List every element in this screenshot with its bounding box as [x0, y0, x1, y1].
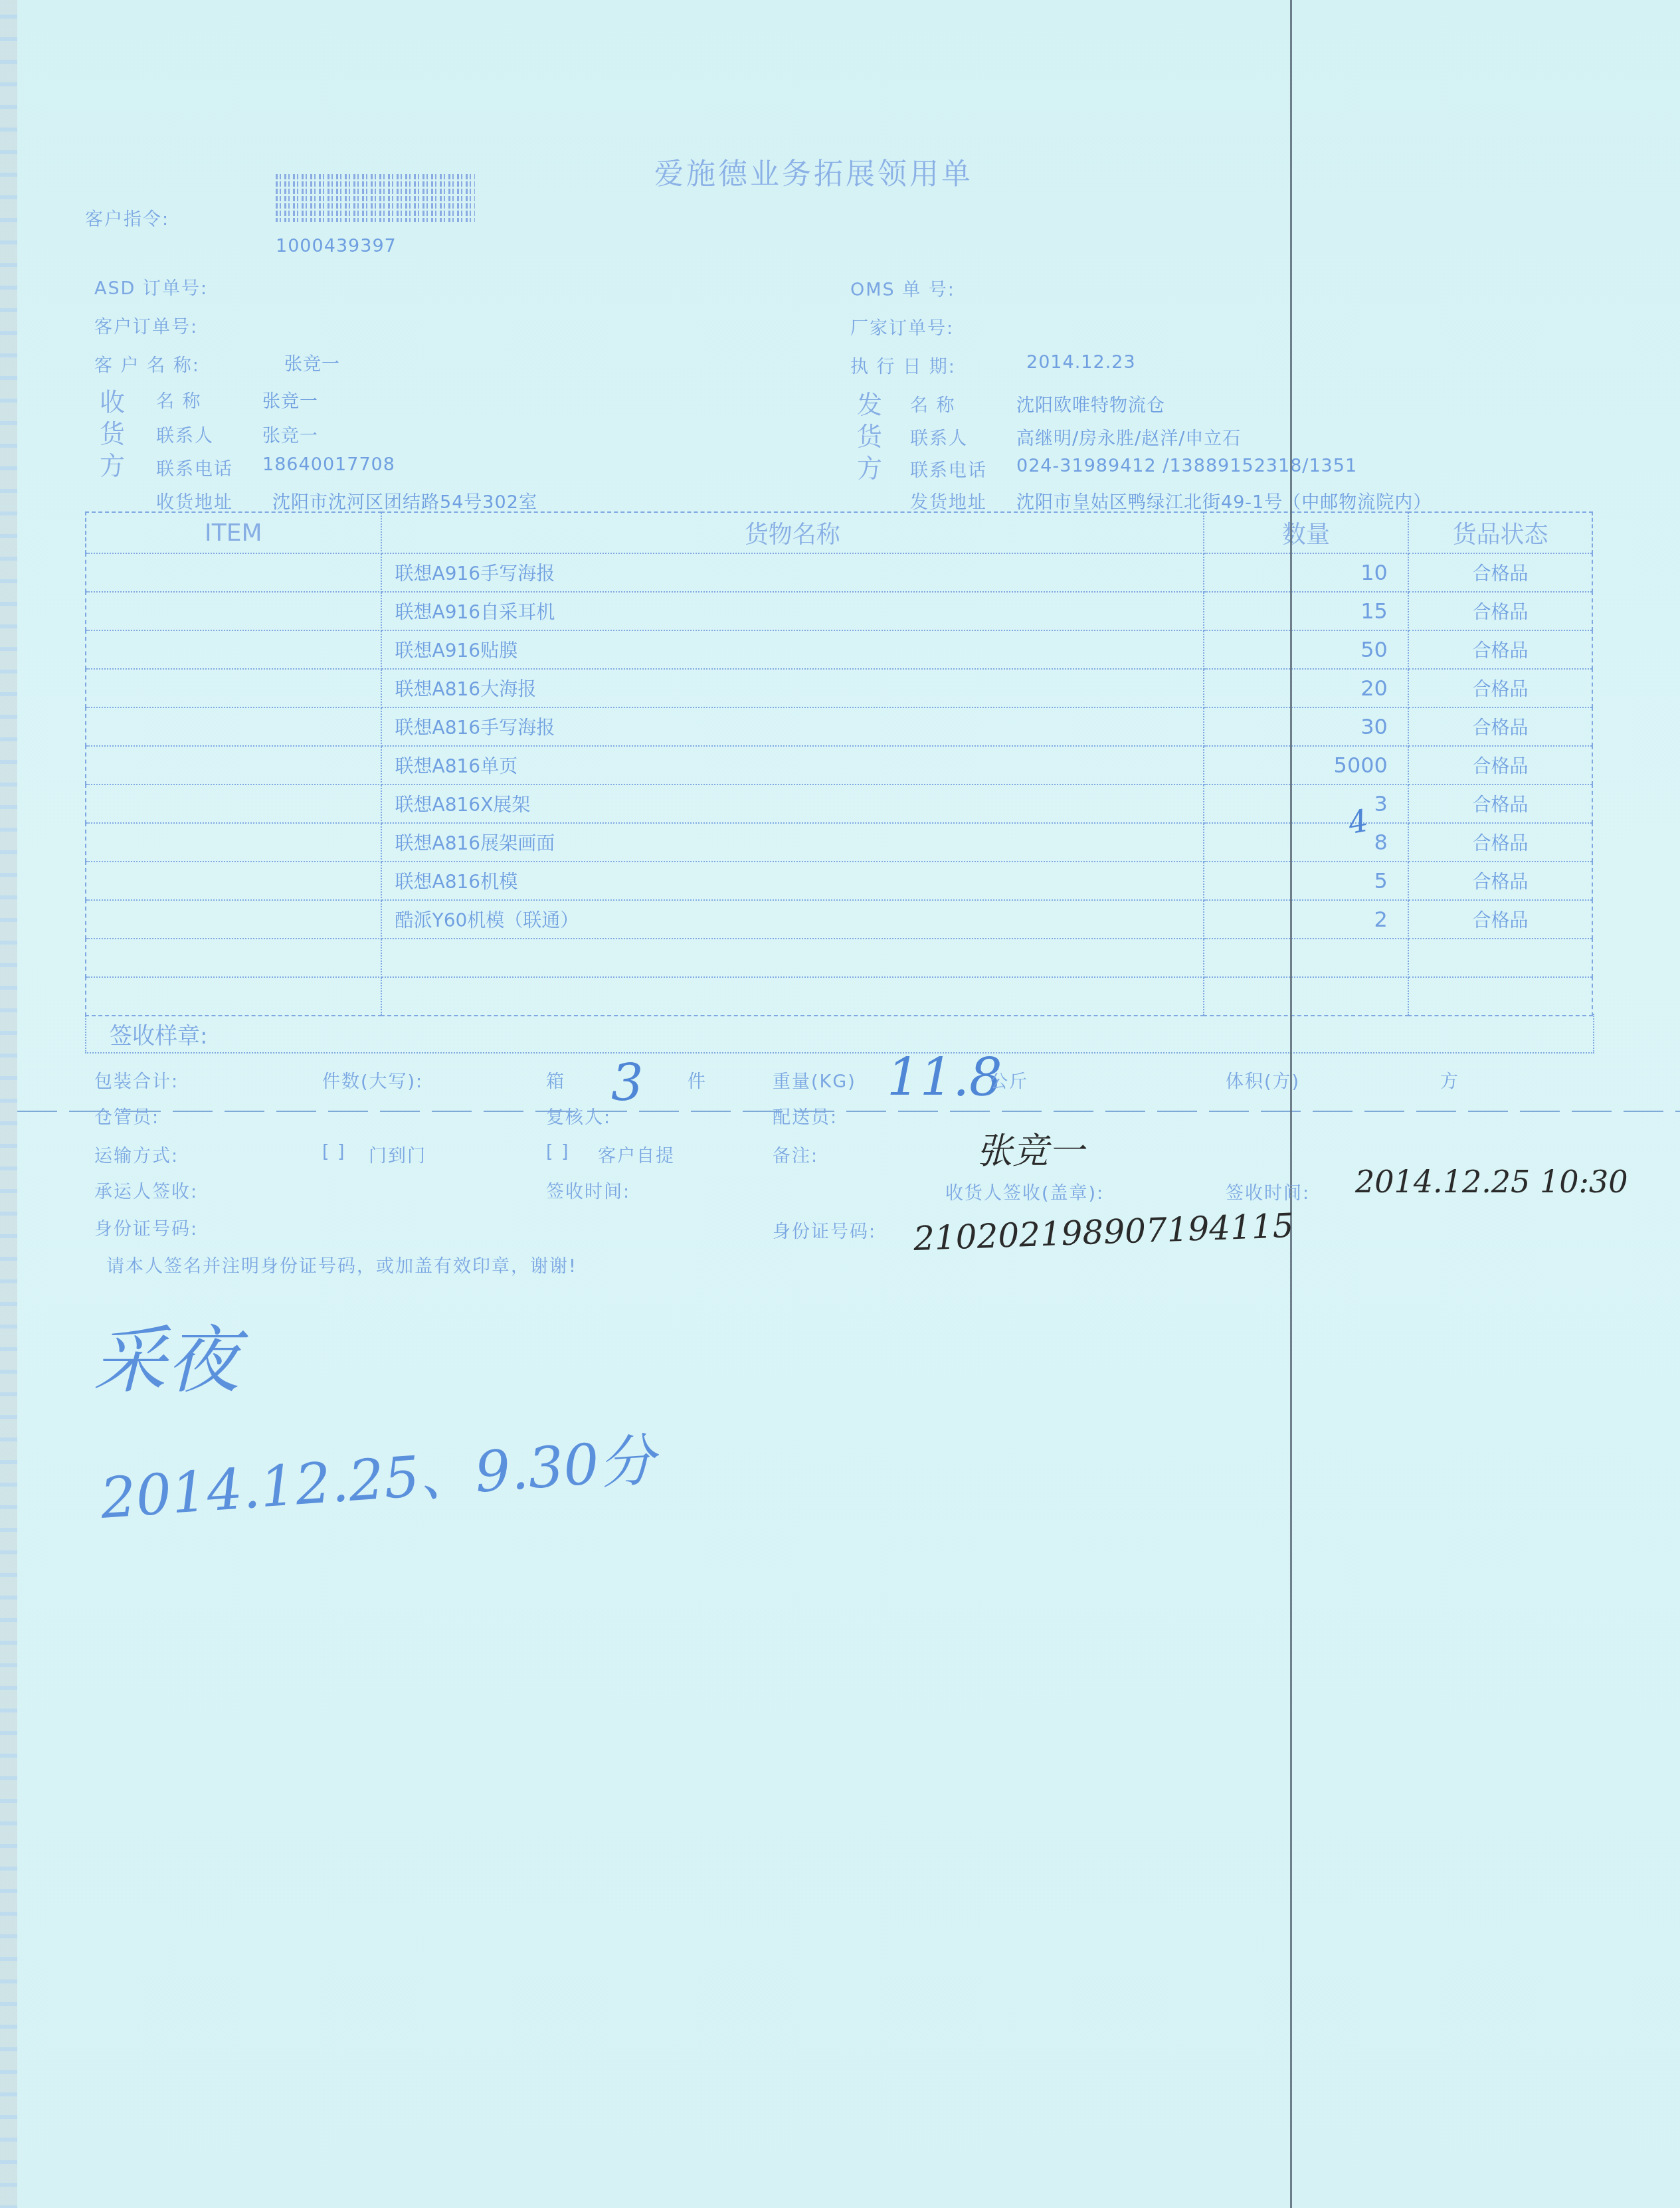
signature-stamp-label: 签收样章: [110, 1018, 207, 1050]
cell-status: 合格品 [1408, 592, 1592, 630]
cell-status: 合格品 [1408, 707, 1592, 746]
table-row: 联想A916手写海报10合格品 [86, 553, 1592, 592]
pieces-caps-label: 件数(大写): [322, 1067, 423, 1093]
cell-item [86, 977, 381, 1016]
shipper-name-label: 名 称 [910, 391, 956, 416]
shipper-address-label: 发货地址 [910, 488, 987, 513]
cell-item [86, 707, 381, 746]
volume-label: 体积(方) [1226, 1067, 1300, 1093]
signing-notice: 请本人签名并注明身份证号码，或加盖有效印章，谢谢! [106, 1251, 577, 1277]
cell-qty: 15 [1204, 592, 1408, 630]
signature-stamp-box [85, 1014, 1594, 1054]
exec-date-value: 2014.12.23 [1026, 352, 1136, 373]
cell-item [86, 592, 381, 630]
cell-status: 合格品 [1408, 669, 1592, 707]
receiver-contact-value: 张竞一 [262, 421, 318, 447]
cell-status: 合格品 [1408, 784, 1592, 823]
receiver-sign-label: 收货人签收(盖章): [945, 1178, 1104, 1204]
box-count-handwritten: 3 [611, 1053, 643, 1112]
cell-item [86, 784, 381, 823]
tractor-feed-perforation [0, 0, 17, 2208]
customer-name-label: 客 户 名 称: [94, 351, 200, 377]
exec-date-label: 执 行 日 期: [850, 352, 956, 378]
package-total-label: 包装合计: [94, 1067, 179, 1093]
cell-item [86, 669, 381, 707]
weight-unit: 公斤 [990, 1067, 1028, 1093]
cell-qty: 5 [1204, 862, 1408, 900]
cell-item [86, 823, 381, 862]
cell-status: 合格品 [1408, 823, 1592, 862]
cell-name: 酷派Y60机模（联通） [381, 900, 1204, 939]
shipper-contact-label: 联系人 [910, 424, 968, 450]
customer-order-label: 客户订单号: [94, 312, 198, 338]
cell-item [86, 939, 381, 977]
reviewer-label: 复核人: [546, 1103, 611, 1129]
receiver-side-char-1: 收 [100, 381, 125, 418]
handwritten-signature-bottom: 采夜 [93, 1302, 239, 1407]
cell-name: 联想A916贴膜 [381, 630, 1204, 669]
oms-label: OMS 单 号: [850, 275, 955, 301]
cell-name: 联想A916自采耳机 [381, 592, 1204, 630]
volume-unit: 方 [1440, 1067, 1459, 1093]
cell-name [381, 939, 1204, 977]
receiver-side-char-2: 货 [100, 413, 125, 450]
table-row: 联想A816大海报20合格品 [86, 669, 1592, 707]
self-pickup-label: 客户自提 [598, 1141, 675, 1167]
cell-qty: 20 [1204, 669, 1408, 707]
receiver-phone-label: 联系电话 [156, 454, 233, 480]
col-header-item: ITEM [86, 512, 381, 553]
shipper-phone-value: 024-31989412 /13889152318/1351 [1016, 456, 1357, 476]
customer-name-value: 张竞一 [284, 349, 340, 375]
delivery-person-label: 配送员: [773, 1103, 838, 1129]
cell-name: 联想A916手写海报 [381, 553, 1204, 592]
customer-instruction-value: 1000439397 [276, 236, 397, 256]
sign-time-label-right: 签收时间: [1226, 1178, 1310, 1204]
asd-order-label: ASD 订单号: [94, 274, 208, 300]
id-label-left: 身份证号码: [94, 1214, 198, 1240]
customer-instruction-label: 客户指令: [85, 205, 169, 230]
cell-qty [1204, 977, 1408, 1016]
cell-status: 合格品 [1408, 900, 1592, 939]
cell-status [1408, 939, 1592, 977]
cell-item [86, 553, 381, 592]
table-row: 联想A916贴膜50合格品 [86, 630, 1592, 669]
cell-name: 联想A816展架画面 [381, 823, 1204, 862]
warehouse-keeper-label: 仓管员: [94, 1103, 159, 1129]
cell-qty: 5000 [1204, 746, 1408, 784]
cell-item [86, 862, 381, 900]
piece-label: 件 [688, 1067, 707, 1093]
weight-label: 重量(KG) [773, 1067, 856, 1093]
table-row: 联想A916自采耳机15合格品 [86, 592, 1592, 630]
cell-status: 合格品 [1408, 630, 1592, 669]
cell-qty: 10 [1204, 553, 1408, 592]
document-paper [0, 0, 1680, 2208]
receiver-phone-value: 18640017708 [262, 454, 395, 475]
table-row: 联想A816手写海报30合格品 [86, 707, 1592, 746]
table-row: 联想A816机模5合格品 [86, 862, 1592, 900]
shipper-address-value: 沈阳市皇姑区鸭绿江北街49-1号（中邮物流院内） [1016, 488, 1432, 513]
table-row: 酷派Y60机模（联通）2合格品 [86, 900, 1592, 939]
table-row [86, 977, 1592, 1016]
col-header-name: 货物名称 [381, 512, 1204, 553]
table-row [86, 939, 1592, 977]
shipper-phone-label: 联系电话 [910, 456, 987, 482]
cell-name: 联想A816X展架 [381, 784, 1204, 823]
cell-item [86, 900, 381, 939]
cell-name: 联想A816机模 [381, 862, 1204, 900]
vendor-order-label: 厂家订单号: [850, 314, 954, 339]
paper-fold-vertical [1290, 0, 1292, 2208]
cell-item [86, 746, 381, 784]
table-row: 联想A816单页5000合格品 [86, 746, 1592, 784]
receiver-address-label: 收货地址 [156, 488, 233, 513]
cell-name: 联想A816手写海报 [381, 707, 1204, 746]
transport-label: 运输方式: [94, 1141, 179, 1167]
box-label: 箱 [546, 1067, 565, 1093]
cell-status: 合格品 [1408, 862, 1592, 900]
table-header-row: ITEM 货物名称 数量 货品状态 [86, 512, 1592, 553]
cell-name: 联想A816单页 [381, 746, 1204, 784]
shipper-contact-value: 高继明/房永胜/赵洋/申立石 [1016, 424, 1241, 450]
cell-status [1408, 977, 1592, 1016]
cell-qty [1204, 939, 1408, 977]
remarks-label: 备注: [773, 1141, 818, 1167]
cell-qty: 3 [1204, 784, 1408, 823]
cell-qty: 50 [1204, 630, 1408, 669]
col-header-qty: 数量 [1204, 512, 1408, 553]
cell-qty: 30 [1204, 707, 1408, 746]
cell-status: 合格品 [1408, 553, 1592, 592]
cell-item [86, 630, 381, 669]
sign-time-handwritten: 2014.12.25 10:30 [1355, 1164, 1628, 1200]
shipper-name-value: 沈阳欧唯特物流仓 [1016, 391, 1165, 416]
door-to-door-checkbox[interactable]: [ ] [322, 1141, 346, 1162]
self-pickup-checkbox[interactable]: [ ] [546, 1141, 570, 1162]
shipper-side-char-3: 方 [857, 448, 882, 484]
receiver-name-label: 名 称 [156, 387, 202, 413]
cell-name [381, 977, 1204, 1016]
document-title: 爱施德业务拓展领用单 [654, 150, 973, 193]
paper-fold-line [17, 1111, 1680, 1112]
receiver-name-value: 张竞一 [262, 387, 318, 413]
col-header-status: 货品状态 [1408, 512, 1592, 553]
carrier-sign-label: 承运人签收: [94, 1177, 198, 1203]
cell-status: 合格品 [1408, 746, 1592, 784]
door-to-door-label: 门到门 [369, 1141, 426, 1167]
weight-handwritten: 11.8 [887, 1048, 1002, 1108]
sign-time-label-left: 签收时间: [546, 1177, 630, 1203]
id-label-right: 身份证号码: [773, 1217, 876, 1243]
cell-name: 联想A816大海报 [381, 669, 1204, 707]
cell-qty: 2 [1204, 900, 1408, 939]
barcode-image [276, 174, 475, 222]
goods-table: ITEM 货物名称 数量 货品状态 联想A916手写海报10合格品 联想A916… [85, 511, 1593, 1016]
shipper-side-char-1: 发 [857, 384, 882, 420]
receiver-address-value: 沈阳市沈河区团结路54号302室 [272, 488, 537, 513]
cell-qty: 8 [1204, 823, 1408, 862]
shipper-side-char-2: 货 [857, 416, 882, 452]
receiver-side-char-3: 方 [100, 445, 125, 482]
receiver-contact-label: 联系人 [156, 421, 214, 447]
receiver-signature-handwritten: 张竞一 [977, 1123, 1084, 1174]
